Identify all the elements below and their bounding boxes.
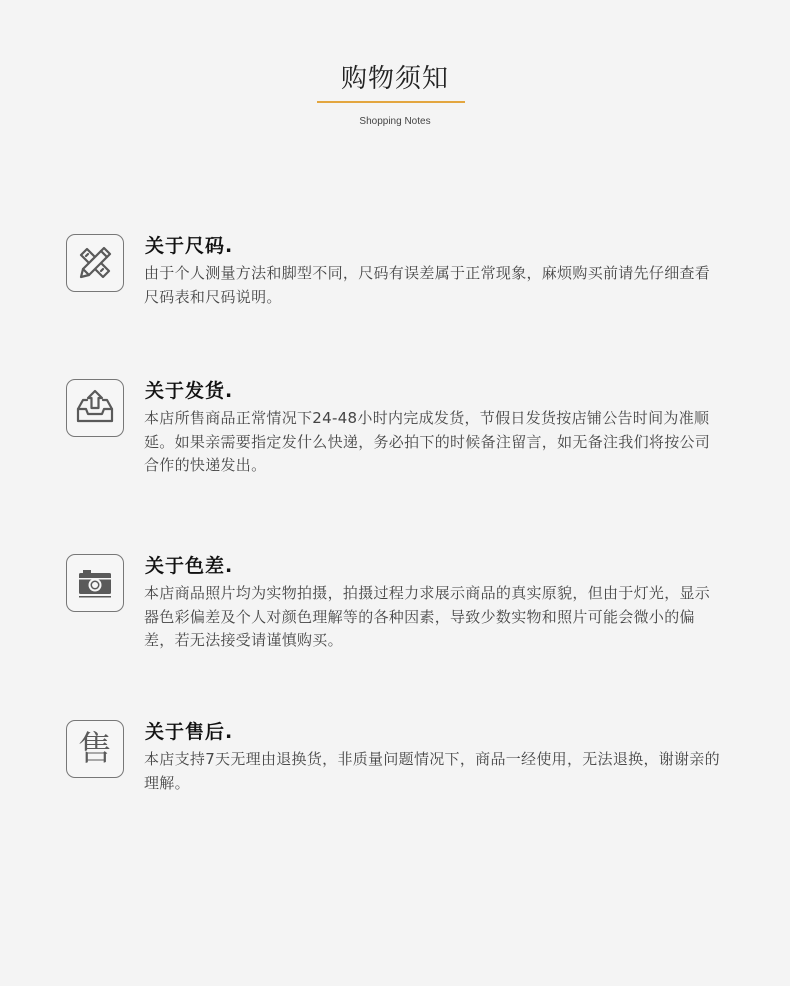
section-title: 关于发货. [145,376,233,403]
icon-box-shipping [66,379,124,437]
pencil-ruler-icon [75,243,115,283]
section-body: 本店支持7天无理由退换货，非质量问题情况下，商品一经使用，无法退换，谢谢亲的理解… [144,748,724,795]
icon-box-color [66,554,124,612]
section-title: 关于尺码. [145,231,233,258]
icon-box-size [66,234,124,292]
camera-icon [75,563,115,603]
upload-tray-icon [75,388,115,428]
title-underline [317,101,465,103]
section-title: 关于售后. [145,717,233,744]
page-title: 购物须知 [0,58,790,95]
section-body: 本店所售商品正常情况下24-48小时内完成发货，节假日发货按店铺公告时间为准顺延… [144,407,724,478]
page-subtitle: Shopping Notes [0,116,790,127]
section-body: 由于个人测量方法和脚型不同，尺码有误差属于正常现象，麻烦购买前请先仔细查看尺码表… [144,262,724,309]
section-title: 关于色差. [145,551,233,578]
sale-char-icon: 售 [78,732,112,766]
icon-box-after-sales: 售 [66,720,124,778]
section-body: 本店商品照片均为实物拍摄，拍摄过程力求展示商品的真实原貌，但由于灯光，显示器色彩… [144,582,724,653]
